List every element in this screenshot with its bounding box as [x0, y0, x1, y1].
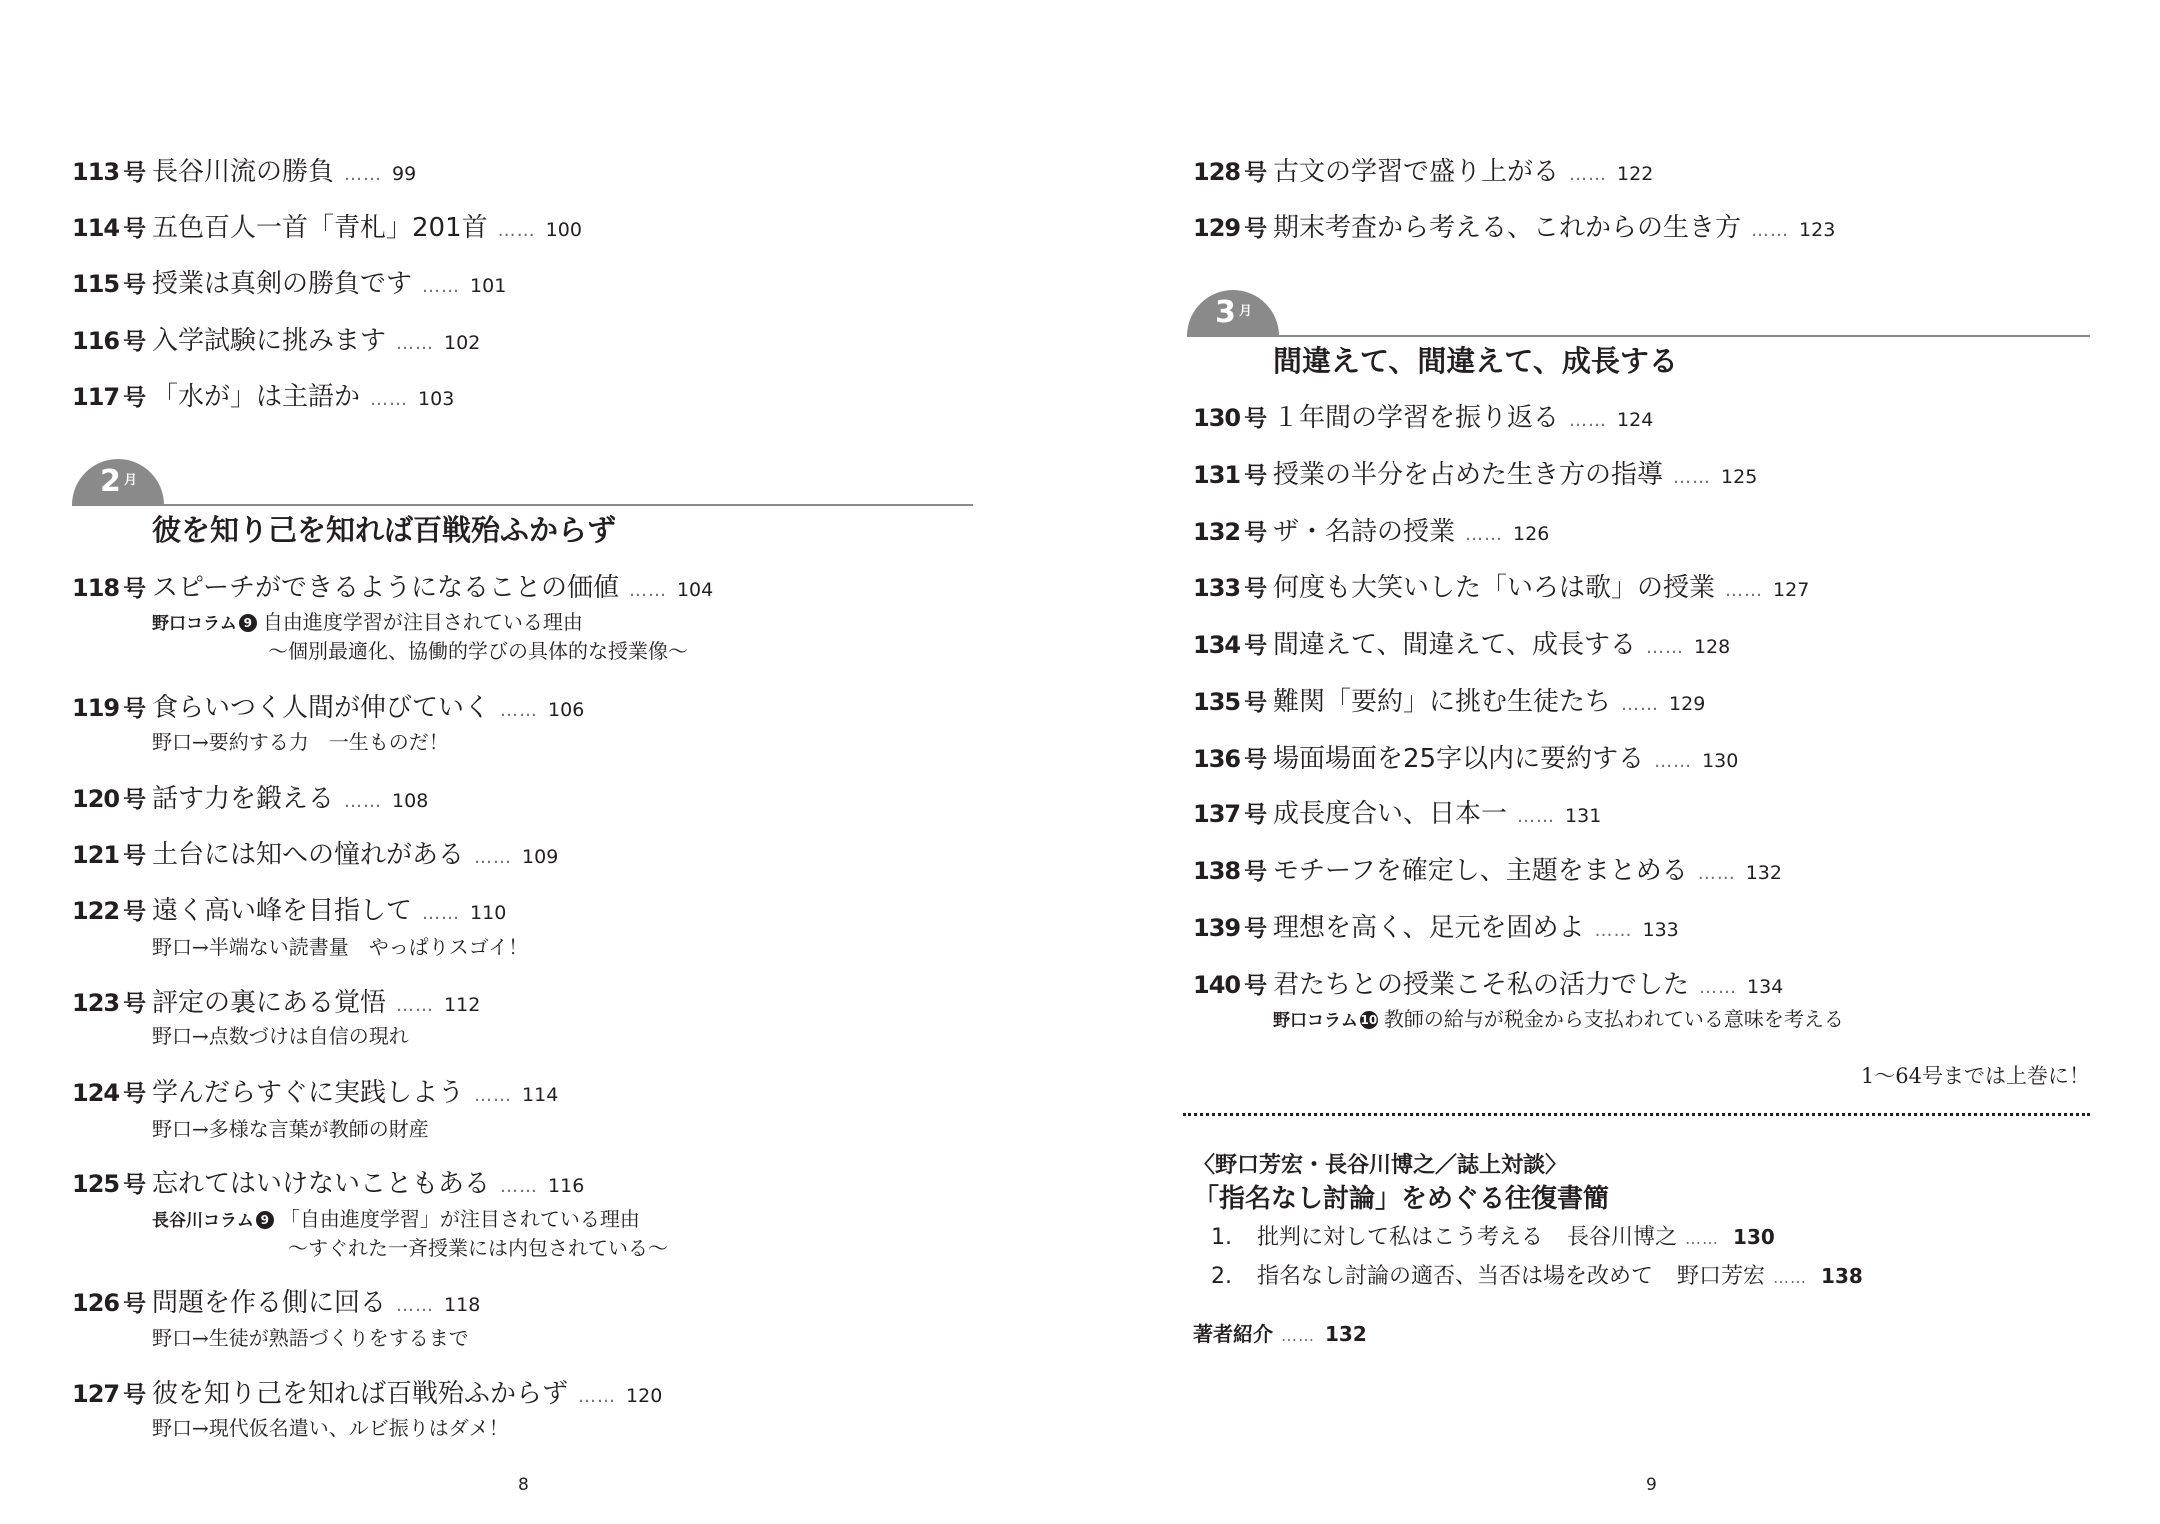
- toc-entry-138[interactable]: 138号 モチーフを確定し、主題をまとめる …… 132: [1193, 854, 1782, 888]
- column-subtitle: 〜個別最適化、協働的学びの具体的な授業像〜: [268, 637, 688, 665]
- entry-number-suffix: 号: [1244, 406, 1266, 432]
- entry-number-suffix: 号: [1244, 690, 1266, 716]
- entry-number: 125: [72, 1170, 119, 1198]
- entry-page-number: 109: [522, 840, 558, 874]
- item-title: 指名なし討論の適否、当否は場を改めて: [1257, 1259, 1653, 1290]
- dot-leader: ……: [396, 989, 434, 1023]
- entry-page-number: 134: [1747, 970, 1783, 1004]
- entry-number-suffix: 号: [123, 696, 145, 722]
- dot-leader: ……: [396, 1289, 434, 1323]
- entry-number: 114: [72, 214, 119, 242]
- entry-page-number: 126: [1513, 517, 1549, 551]
- dot-leader: ……: [396, 327, 434, 361]
- entry-number: 115: [72, 270, 119, 298]
- dot-leader: ……: [1699, 971, 1737, 1005]
- item-title: 批判に対して私はこう考える: [1257, 1220, 1543, 1251]
- entry-title: 何度も大笑いした「いろは歌」の授業: [1273, 571, 1715, 605]
- toc-entry-136[interactable]: 136号 場面場面を25字以内に要約する …… 130: [1193, 742, 1738, 776]
- entry-number: 136: [1193, 745, 1240, 773]
- entry-number: 140: [1193, 971, 1240, 999]
- dot-leader: ……: [1773, 1268, 1807, 1287]
- column-subtitle: 〜すぐれた一斉授業には内包されている〜: [288, 1234, 668, 1262]
- entry-title: 入学試験に挑みます: [152, 324, 386, 358]
- entry-number: 119: [72, 694, 119, 722]
- author-profile-entry[interactable]: 著者紹介 …… 132: [1193, 1318, 1367, 1347]
- toc-entry-127[interactable]: 127号 彼を知り己を知れば百戦殆ふからず …… 120: [72, 1377, 662, 1411]
- toc-entry-129[interactable]: 129号 期末考査から考える、これからの生き方 …… 123: [1193, 211, 1835, 245]
- entry-title: 長谷川流の勝負: [152, 155, 334, 189]
- entry-number: 123: [72, 989, 119, 1017]
- entry-page-number: 110: [470, 896, 506, 930]
- entry-number-suffix: 号: [123, 385, 145, 411]
- month-theme-title: 間違えて、間違えて、成長する: [1273, 343, 1678, 379]
- entry-page-number: 133: [1642, 913, 1678, 947]
- toc-entry-113[interactable]: 113号 長谷川流の勝負 …… 99: [72, 155, 416, 189]
- item-page-number: 130: [1733, 1225, 1775, 1249]
- item-number: 1.: [1211, 1225, 1257, 1250]
- dialogue-header: 〈野口芳宏・長谷川博之／誌上対談〉: [1193, 1148, 1567, 1179]
- entry-page-number: 102: [444, 326, 480, 360]
- month-badge-february: 2 月: [72, 459, 164, 505]
- entry-number-suffix: 号: [123, 1081, 145, 1107]
- entry-number: 129: [1193, 214, 1240, 242]
- entry-page-number: 112: [444, 988, 480, 1022]
- month-unit: 月: [1239, 304, 1252, 320]
- column-number-badge: 9: [256, 1211, 274, 1229]
- page-number: 8: [518, 1475, 529, 1495]
- dialogue-item-1[interactable]: 1. 批判に対して私はこう考える 長谷川博之 …… 130: [1211, 1220, 1775, 1251]
- entry-page-number: 129: [1669, 687, 1705, 721]
- dot-leader: ……: [1685, 1229, 1719, 1248]
- dot-leader: ……: [474, 841, 512, 875]
- toc-entry-116[interactable]: 116号 入学試験に挑みます …… 102: [72, 324, 480, 358]
- entry-number-suffix: 号: [123, 1172, 145, 1198]
- entry-number: 120: [72, 785, 119, 813]
- entry-page-number: 132: [1746, 856, 1782, 890]
- entry-number: 121: [72, 841, 119, 869]
- entry-number-suffix: 号: [123, 576, 145, 602]
- entry-title: 学んだらすぐに実践しよう: [152, 1076, 464, 1110]
- entry-number-suffix: 号: [1244, 747, 1266, 773]
- comment-subentry: 野口→要約する力 一生ものだ！: [152, 728, 449, 756]
- entry-title: 話す力を鍛える: [152, 782, 334, 816]
- comment-subentry: 野口→半端ない読書量 やっぱりスゴイ！: [152, 933, 528, 961]
- dot-leader: ……: [500, 1170, 538, 1204]
- entry-page-number: 131: [1565, 799, 1601, 833]
- entry-title: 彼を知り己を知れば百戦殆ふからず: [152, 1377, 568, 1411]
- entry-page-number: 108: [392, 784, 428, 818]
- toc-entry-123[interactable]: 123号 評定の裏にある覚悟 …… 112: [72, 986, 480, 1020]
- entry-number-suffix: 号: [123, 899, 145, 925]
- entry-number-suffix: 号: [123, 1291, 145, 1317]
- entry-page-number: 99: [392, 157, 416, 191]
- dotted-divider: [1183, 1113, 2090, 1116]
- left-page: 113号 長谷川流の勝負 …… 99 114号 五色百人一首「青札」201首 ……: [0, 0, 1080, 1524]
- entry-page-number: 100: [546, 213, 582, 247]
- volume-note: 1〜64号までは上巻に！: [1861, 1060, 2090, 1090]
- entry-title: 難関「要約」に挑む生徒たち: [1273, 685, 1611, 719]
- entry-title: 土台には知への憧れがある: [152, 838, 464, 872]
- entry-number-suffix: 号: [1244, 633, 1266, 659]
- dot-leader: ……: [1517, 800, 1555, 834]
- column-title: 「自由進度学習」が注目されている理由: [280, 1207, 640, 1231]
- entry-page-number: 123: [1799, 213, 1835, 247]
- entry-page-number: 125: [1721, 460, 1757, 494]
- dot-leader: ……: [629, 574, 667, 608]
- entry-page-number: 104: [677, 573, 713, 607]
- column-title: 自由進度学習が注目されている理由: [263, 610, 583, 634]
- entry-title: 問題を作る側に回る: [152, 1286, 386, 1320]
- entry-number: 122: [72, 897, 119, 925]
- comment-subentry: 野口→生徒が熟語づくりをするまで: [152, 1324, 469, 1352]
- entry-title: 期末考査から考える、これからの生き方: [1273, 211, 1741, 245]
- entry-page-number: 116: [548, 1169, 584, 1203]
- entry-page-number: 101: [470, 269, 506, 303]
- entry-number: 135: [1193, 688, 1240, 716]
- toc-entry-134[interactable]: 134号 間違えて、間違えて、成長する …… 128: [1193, 628, 1730, 662]
- entry-title: 場面場面を25字以内に要約する: [1273, 742, 1644, 776]
- entry-title: 五色百人一首「青札」201首: [152, 211, 488, 245]
- month-divider: [72, 504, 973, 506]
- entry-title: 「水が」は主語か: [152, 380, 360, 414]
- month-number: 3: [1215, 296, 1236, 330]
- entry-number-suffix: 号: [1244, 916, 1266, 942]
- entry-number: 113: [72, 158, 119, 186]
- entry-number-suffix: 号: [1244, 160, 1266, 186]
- entry-title: 間違えて、間違えて、成長する: [1273, 628, 1636, 662]
- column-subentry[interactable]: 長谷川コラム9「自由進度学習」が注目されている理由: [152, 1205, 640, 1233]
- entry-title: 古文の学習で盛り上がる: [1273, 155, 1559, 189]
- month-divider: [1187, 335, 2090, 337]
- entry-number: 128: [1193, 158, 1240, 186]
- entry-number: 127: [72, 1380, 119, 1408]
- column-subentry[interactable]: 野口コラム9自由進度学習が注目されている理由: [152, 608, 583, 636]
- month-theme-title: 彼を知り己を知れば百戦殆ふからず: [152, 512, 616, 548]
- entry-title: モチーフを確定し、主題をまとめる: [1273, 854, 1688, 888]
- dot-leader: ……: [1698, 857, 1736, 891]
- month-unit: 月: [124, 473, 137, 489]
- column-label: 野口コラム: [1273, 1011, 1358, 1031]
- entry-title: 遠く高い峰を目指して: [152, 894, 412, 928]
- entry-page-number: 127: [1773, 573, 1809, 607]
- right-page: 128号 古文の学習で盛り上がる …… 122 129号 期末考査から考える、こ…: [1080, 0, 2160, 1524]
- toc-entry-120[interactable]: 120号 話す力を鍛える …… 108: [72, 782, 428, 816]
- entry-number: 132: [1193, 518, 1240, 546]
- toc-entry-119[interactable]: 119号 食らいつく人間が伸びていく …… 106: [72, 691, 584, 725]
- entry-number: 138: [1193, 857, 1240, 885]
- entry-number: 118: [72, 574, 119, 602]
- item-author: 野口芳宏: [1677, 1259, 1765, 1290]
- entry-title: 評定の裏にある覚悟: [152, 986, 386, 1020]
- toc-entry-137[interactable]: 137号 成長度合い、日本一 …… 131: [1193, 797, 1601, 831]
- entry-title: 授業の半分を占めた生き方の指導: [1273, 458, 1663, 492]
- profile-page-number: 132: [1325, 1322, 1367, 1346]
- entry-title: 理想を高く、足元を固めよ: [1273, 911, 1584, 945]
- toc-entry-124[interactable]: 124号 学んだらすぐに実践しよう …… 114: [72, 1076, 558, 1110]
- toc-entry-130[interactable]: 130号 １年間の学習を振り返る …… 124: [1193, 401, 1653, 435]
- dot-leader: ……: [344, 785, 382, 819]
- entry-title: 成長度合い、日本一: [1273, 797, 1507, 831]
- entry-page-number: 122: [1617, 157, 1653, 191]
- entry-number: 124: [72, 1079, 119, 1107]
- item-author: 長谷川博之: [1567, 1220, 1677, 1251]
- entry-title: 君たちとの授業こそ私の活力でした: [1273, 968, 1689, 1002]
- entry-number-suffix: 号: [1244, 802, 1266, 828]
- entry-page-number: 128: [1694, 630, 1730, 664]
- dot-leader: ……: [370, 383, 408, 417]
- entry-number: 131: [1193, 461, 1240, 489]
- entry-number: 117: [72, 383, 119, 411]
- month-number: 2: [100, 465, 121, 499]
- month-badge-march: 3 月: [1187, 290, 1279, 336]
- entry-number: 130: [1193, 404, 1240, 432]
- entry-number-suffix: 号: [1244, 576, 1266, 602]
- toc-entry-135[interactable]: 135号 難関「要約」に挑む生徒たち …… 129: [1193, 685, 1705, 719]
- toc-entry-117[interactable]: 117号 「水が」は主語か …… 103: [72, 380, 454, 414]
- item-number: 2.: [1211, 1264, 1257, 1289]
- entry-title: スピーチができるようになることの価値: [152, 571, 619, 605]
- dot-leader: ……: [1654, 745, 1692, 779]
- entry-number-suffix: 号: [123, 991, 145, 1017]
- entry-number: 137: [1193, 800, 1240, 828]
- entry-title: １年間の学習を振り返る: [1273, 401, 1559, 435]
- dot-leader: ……: [1646, 631, 1684, 665]
- toc-entry-125[interactable]: 125号 忘れてはいけないこともある …… 116: [72, 1167, 584, 1201]
- dot-leader: ……: [1725, 574, 1763, 608]
- toc-entry-139[interactable]: 139号 理想を高く、足元を固めよ …… 133: [1193, 911, 1679, 945]
- entry-number: 134: [1193, 631, 1240, 659]
- entry-page-number: 118: [444, 1288, 480, 1322]
- dot-leader: ……: [1569, 158, 1607, 192]
- entry-page-number: 120: [626, 1379, 662, 1413]
- page-number: 9: [1646, 1475, 1657, 1495]
- column-number-badge: 10: [1360, 1011, 1378, 1029]
- entry-number-suffix: 号: [1244, 859, 1266, 885]
- column-label: 野口コラム: [152, 614, 237, 634]
- dot-leader: ……: [1465, 518, 1503, 552]
- column-number-badge: 9: [239, 614, 257, 632]
- toc-entry-132[interactable]: 132号 ザ・名詩の授業 …… 126: [1193, 515, 1549, 549]
- comment-subentry: 野口→多様な言葉が教師の財産: [152, 1115, 429, 1143]
- dot-leader: ……: [1281, 1326, 1315, 1345]
- entry-title: 忘れてはいけないこともある: [152, 1167, 490, 1201]
- column-title: 教師の給与が税金から支払われている意味を考える: [1384, 1007, 1844, 1031]
- dot-leader: ……: [578, 1380, 616, 1414]
- profile-label: 著者紹介: [1193, 1318, 1273, 1347]
- comment-subentry: 野口→点数づけは自信の現れ: [152, 1022, 409, 1050]
- dot-leader: ……: [474, 1079, 512, 1113]
- entry-number-suffix: 号: [123, 216, 145, 242]
- dialogue-title: 「指名なし討論」をめぐる往復書簡: [1193, 1178, 1609, 1215]
- entry-page-number: 114: [522, 1078, 558, 1112]
- entry-number: 116: [72, 327, 119, 355]
- entry-number: 133: [1193, 574, 1240, 602]
- entry-number-suffix: 号: [1244, 973, 1266, 999]
- entry-page-number: 124: [1617, 403, 1653, 437]
- dot-leader: ……: [344, 158, 382, 192]
- dot-leader: ……: [500, 694, 538, 728]
- toc-entry-128[interactable]: 128号 古文の学習で盛り上がる …… 122: [1193, 155, 1653, 189]
- dialogue-item-2[interactable]: 2. 指名なし討論の適否、当否は場を改めて 野口芳宏 …… 138: [1211, 1259, 1863, 1290]
- entry-title: 食らいつく人間が伸びていく: [152, 691, 490, 725]
- entry-number-suffix: 号: [123, 787, 145, 813]
- entry-number-suffix: 号: [1244, 520, 1266, 546]
- entry-number: 139: [1193, 914, 1240, 942]
- toc-entry-115[interactable]: 115号 授業は真剣の勝負です …… 101: [72, 267, 506, 301]
- entry-number-suffix: 号: [123, 329, 145, 355]
- toc-entry-140[interactable]: 140号 君たちとの授業こそ私の活力でした …… 134: [1193, 968, 1783, 1002]
- entry-number: 126: [72, 1289, 119, 1317]
- entry-title: 授業は真剣の勝負です: [152, 267, 412, 301]
- toc-entry-122[interactable]: 122号 遠く高い峰を目指して …… 110: [72, 894, 506, 928]
- toc-entry-126[interactable]: 126号 問題を作る側に回る …… 118: [72, 1286, 480, 1320]
- dot-leader: ……: [1621, 688, 1659, 722]
- entry-title: ザ・名詩の授業: [1273, 515, 1455, 549]
- toc-entry-118[interactable]: 118号 スピーチができるようになることの価値 …… 104: [72, 571, 713, 605]
- column-label: 長谷川コラム: [152, 1211, 254, 1231]
- dot-leader: ……: [422, 270, 460, 304]
- entry-number-suffix: 号: [1244, 216, 1266, 242]
- toc-entry-133[interactable]: 133号 何度も大笑いした「いろは歌」の授業 …… 127: [1193, 571, 1809, 605]
- entry-page-number: 106: [548, 693, 584, 727]
- dot-leader: ……: [498, 214, 536, 248]
- toc-entry-121[interactable]: 121号 土台には知への憧れがある …… 109: [72, 838, 558, 872]
- item-page-number: 138: [1821, 1264, 1863, 1288]
- comment-subentry: 野口→現代仮名遣い、ルビ振りはダメ！: [152, 1414, 509, 1442]
- entry-number-suffix: 号: [123, 1382, 145, 1408]
- entry-number-suffix: 号: [123, 272, 145, 298]
- entry-number-suffix: 号: [123, 160, 145, 186]
- toc-entry-131[interactable]: 131号 授業の半分を占めた生き方の指導 …… 125: [1193, 458, 1757, 492]
- entry-page-number: 130: [1702, 744, 1738, 778]
- dot-leader: ……: [1751, 214, 1789, 248]
- dot-leader: ……: [422, 897, 460, 931]
- entry-number-suffix: 号: [1244, 463, 1266, 489]
- column-subentry[interactable]: 野口コラム10教師の給与が税金から支払われている意味を考える: [1273, 1005, 1844, 1033]
- dot-leader: ……: [1569, 404, 1607, 438]
- dot-leader: ……: [1594, 914, 1632, 948]
- toc-entry-114[interactable]: 114号 五色百人一首「青札」201首 …… 100: [72, 211, 582, 245]
- entry-page-number: 103: [418, 382, 454, 416]
- entry-number-suffix: 号: [123, 843, 145, 869]
- dot-leader: ……: [1673, 461, 1711, 495]
